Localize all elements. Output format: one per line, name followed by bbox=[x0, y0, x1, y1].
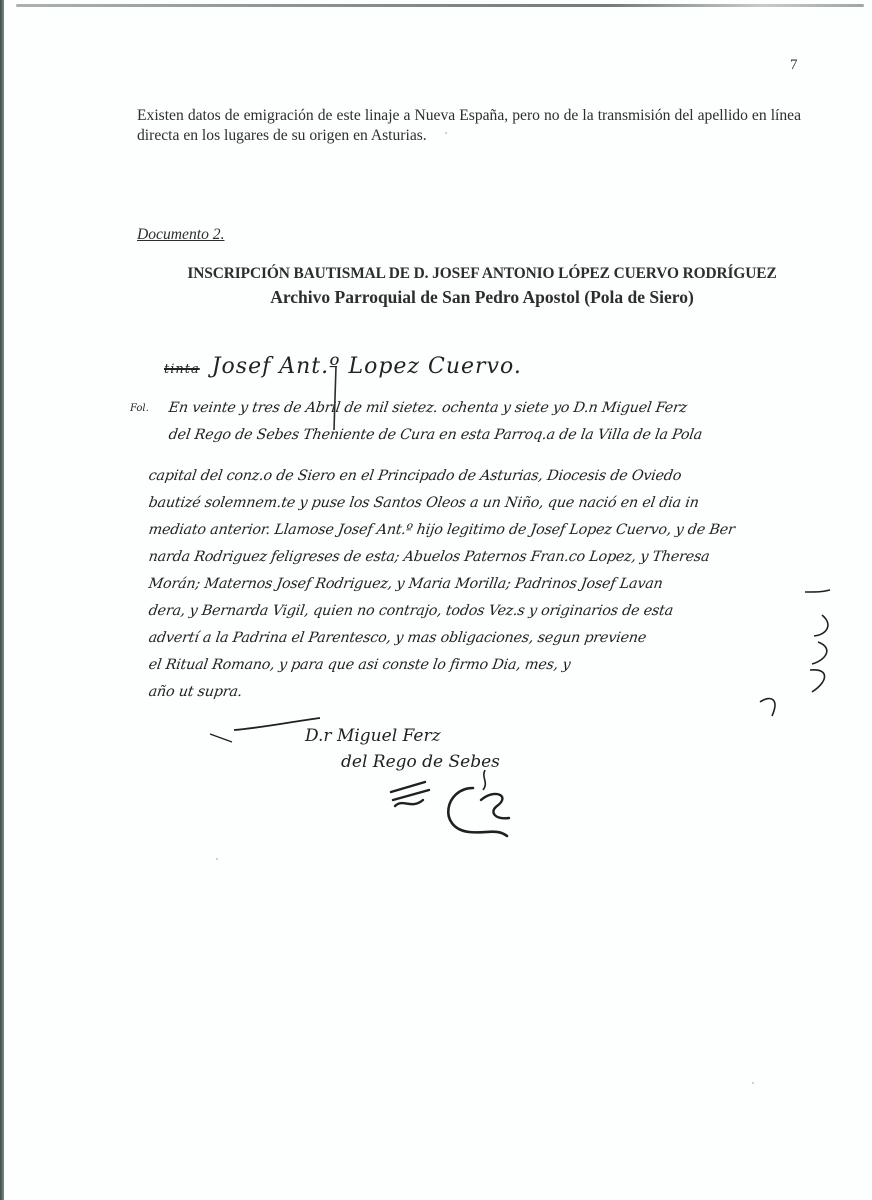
document-subtitle: Archivo Parroquial de San Pedro Apostol … bbox=[137, 287, 827, 308]
document-label: Documento 2. bbox=[137, 226, 224, 244]
scan-border-left bbox=[0, 0, 4, 1200]
manuscript-line: advertí a la Padrina el Parentesco, y ma… bbox=[144, 630, 828, 657]
scan-speck bbox=[445, 132, 447, 134]
manuscript-heading: tinta Josef Ant.º Lopez Cuervo. bbox=[164, 354, 522, 379]
manuscript-line: el Ritual Romano, y para que asi conste … bbox=[144, 657, 828, 684]
manuscript-line: bautizé solemnem.te y puse los Santos Ol… bbox=[144, 495, 828, 522]
manuscript-line: narda Rodriguez feligreses de esta; Abue… bbox=[144, 549, 828, 576]
manuscript-struck-word: tinta bbox=[164, 362, 200, 377]
manuscript-line: Morán; Maternos Josef Rodriguez, y Maria… bbox=[144, 576, 828, 603]
manuscript-line: mediato anterior. Llamose Josef Ant.º hi… bbox=[144, 522, 828, 549]
manuscript-line: del Rego de Sebes Theniente de Cura en e… bbox=[144, 427, 828, 454]
manuscript-line: En veinte y tres de Abril de mil sietez.… bbox=[144, 400, 828, 427]
page-number: 7 bbox=[790, 57, 798, 74]
scan-border-top bbox=[16, 4, 864, 7]
signature-name: D.r Miguel Ferz bbox=[305, 723, 500, 749]
manuscript-signature: D.r Miguel Ferz del Rego de Sebes bbox=[305, 723, 500, 775]
scan-speck bbox=[752, 1082, 754, 1084]
intro-paragraph: Existen datos de emigración de este lina… bbox=[137, 106, 801, 146]
manuscript-line: capital del conz.o de Siero en el Princi… bbox=[144, 468, 828, 495]
scan-speck bbox=[216, 858, 218, 860]
manuscript-line: dera, y Bernarda Vigil, quien no contraj… bbox=[144, 603, 828, 630]
manuscript-heading-name: Josef Ant.º Lopez Cuervo. bbox=[212, 354, 522, 379]
manuscript-image: tinta Josef Ant.º Lopez Cuervo. Fol. En … bbox=[130, 330, 830, 830]
manuscript-line: año ut supra. bbox=[144, 684, 828, 711]
signature-rubric-icon bbox=[385, 770, 525, 840]
document-title: INSCRIPCIÓN BAUTISMAL DE D. JOSEF ANTONI… bbox=[137, 265, 827, 283]
manuscript-body: En veinte y tres de Abril de mil sietez.… bbox=[144, 400, 824, 711]
